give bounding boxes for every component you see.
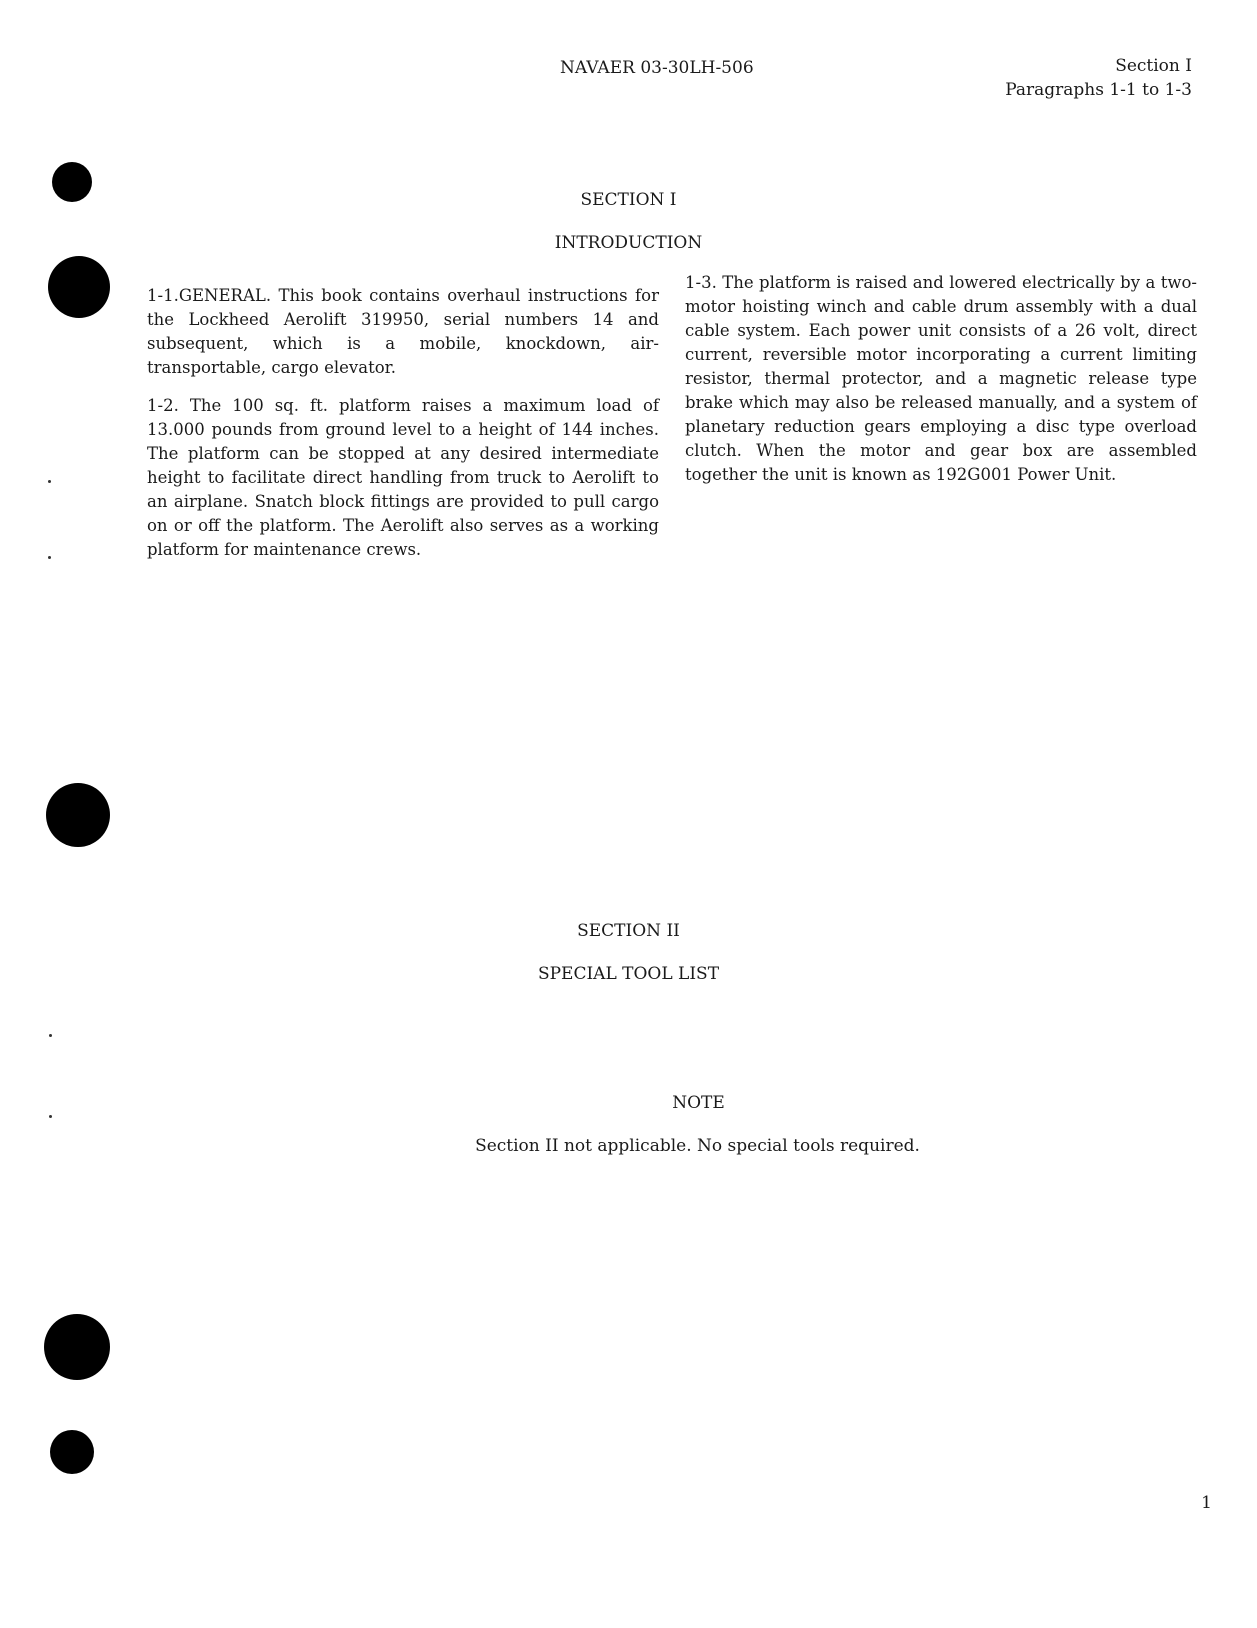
scan-speck xyxy=(48,556,51,559)
document-id: NAVAER 03-30LH-506 xyxy=(560,58,754,78)
scan-speck xyxy=(49,1115,52,1118)
section-2-title: SECTION II xyxy=(0,921,1257,941)
note-text: Section II not applicable. No special to… xyxy=(0,1136,1257,1156)
paragraph-1-1: 1-1.GENERAL. This book contains overhaul… xyxy=(147,284,659,380)
section-label: Section I xyxy=(1005,54,1192,78)
scan-speck xyxy=(49,1034,52,1037)
scan-speck xyxy=(48,480,51,483)
binder-hole xyxy=(46,783,110,847)
section-2-subtitle: SPECIAL TOOL LIST xyxy=(0,964,1257,984)
binder-hole xyxy=(50,1430,94,1474)
section-1-subtitle: INTRODUCTION xyxy=(0,233,1257,253)
left-column: 1-1.GENERAL. This book contains overhaul… xyxy=(147,284,659,576)
binder-hole xyxy=(44,1314,110,1380)
section-reference: Section I Paragraphs 1-1 to 1-3 xyxy=(1005,54,1192,102)
paragraph-1-3: 1-3. The platform is raised and lowered … xyxy=(685,271,1197,487)
section-1-title: SECTION I xyxy=(0,190,1257,210)
paragraph-range: Paragraphs 1-1 to 1-3 xyxy=(1005,78,1192,102)
right-column: 1-3. The platform is raised and lowered … xyxy=(685,271,1197,501)
binder-hole xyxy=(48,256,110,318)
note-label: NOTE xyxy=(70,1093,1257,1113)
page-number: 1 xyxy=(1201,1493,1212,1513)
paragraph-1-2: 1-2. The 100 sq. ft. platform raises a m… xyxy=(147,394,659,562)
